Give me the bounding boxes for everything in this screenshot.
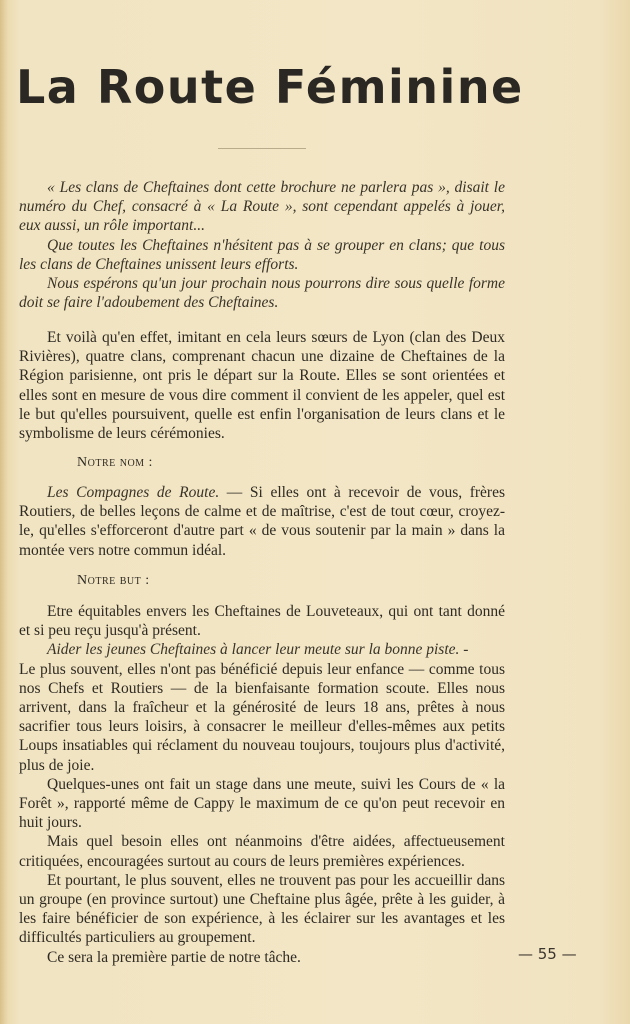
title-divider xyxy=(218,148,306,149)
page-title: La Route Féminine xyxy=(16,60,524,114)
page-number: — 55 — xyxy=(518,945,577,963)
italic-lead: Les Compagnes de Route. xyxy=(47,484,219,501)
document-page: La Route Féminine « Les clans de Cheftai… xyxy=(0,0,630,1024)
section-heading-but: Notre but : xyxy=(77,573,150,589)
body-paragraph: Etre équitables envers les Cheftaines de… xyxy=(19,602,505,640)
intro-quote-paragraph: « Les clans de Cheftaines dont cette bro… xyxy=(19,178,505,236)
section-nom-body: Les Compagnes de Route. — Si elles ont à… xyxy=(19,483,505,560)
body-paragraph: Et voilà qu'en effet, imitant en cela le… xyxy=(19,328,505,443)
body-paragraph: Mais quel besoin elles ont néanmoins d'ê… xyxy=(19,832,505,870)
body-paragraph: Les Compagnes de Route. — Si elles ont à… xyxy=(19,483,505,560)
section-but-body: Etre équitables envers les Cheftaines de… xyxy=(19,602,505,967)
section-heading-nom: Notre nom : xyxy=(77,455,153,471)
intro-quote-paragraph: Que toutes les Cheftaines n'hésitent pas… xyxy=(19,236,505,274)
intro-quote: « Les clans de Cheftaines dont cette bro… xyxy=(19,178,505,312)
body-paragraph: Ce sera la première partie de notre tâch… xyxy=(19,948,505,967)
italic-paragraph: Aider les jeunes Cheftaines à lancer leu… xyxy=(19,640,505,659)
body-paragraph: Et pourtant, le plus souvent, elles ne t… xyxy=(19,871,505,948)
body-paragraph: Le plus souvent, elles n'ont pas bénéfic… xyxy=(19,660,505,775)
body-paragraph: Quelques-unes ont fait un stage dans une… xyxy=(19,775,505,833)
intro-paragraph: Et voilà qu'en effet, imitant en cela le… xyxy=(19,328,505,443)
intro-quote-paragraph: Nous espérons qu'un jour prochain nous p… xyxy=(19,274,505,312)
